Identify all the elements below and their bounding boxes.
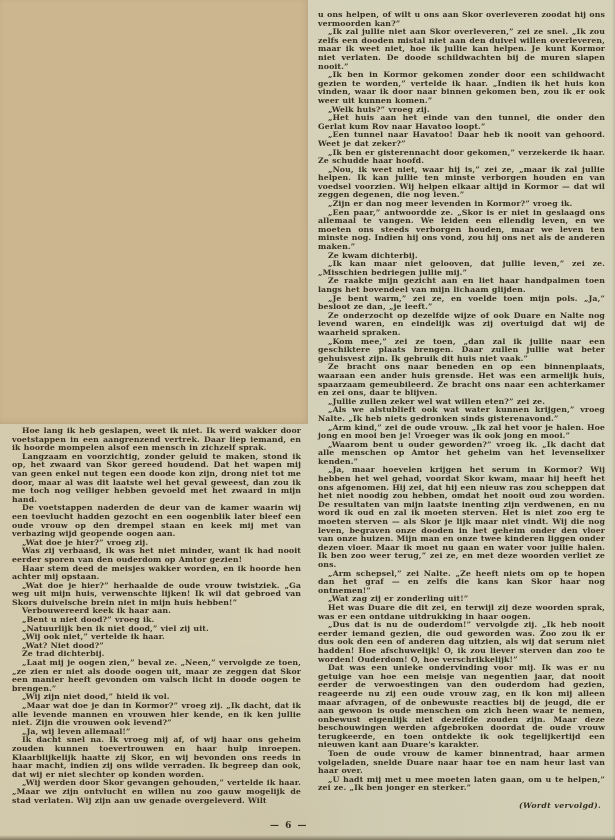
paragraph: u ons helpen, of wilt u ons aan Skor ove… (318, 11, 605, 28)
paragraph: Was zij verbaasd, ik was het niet minder… (12, 547, 301, 564)
paragraph: „Je bent warm,” zei ze, en voelde toen m… (318, 295, 605, 312)
paragraph: „Nou, ik weet niet, waar hij is,” zei ze… (318, 166, 605, 200)
paragraph: Ze bracht ons naar beneden en op een bin… (318, 363, 605, 397)
paragraph: Het was Duare die dit zei, en terwijl zi… (318, 604, 605, 621)
paragraph: Langzaam en voorzichtig, zonder geluid t… (12, 453, 301, 505)
paragraph: „Als we alstublieft ook wat water kunnen… (318, 406, 605, 423)
paragraph: Ik dacht snel na. Ik vroeg mij af, of wi… (12, 736, 301, 779)
paragraph: „Kom mee,” zei ze toen, „dan zal ik jull… (318, 338, 605, 364)
paragraph: „Arm kind,” zei de oude vrouw. „Ik zal h… (318, 424, 605, 441)
paragraph: Haar stem deed de meisjes wakker worden,… (12, 565, 301, 582)
paragraph: Hoe lang ik heb geslapen, weet ik niet. … (12, 427, 301, 453)
paragraph: „Wij werden door Skor gevangen gehouden,… (12, 779, 301, 805)
paragraph: Dat was een unieke ondervinding voor mij… (318, 664, 605, 750)
paragraph: „Arm schepsel,” zei Nalte. „Ze heeft nie… (318, 570, 605, 596)
continuation-note: (Wordt vervolgd). (318, 802, 605, 811)
paragraph: „Een tunnel naar Havatoo! Daar heb ik no… (318, 131, 605, 148)
paragraph: Ze raakte mijn gezicht aan en liet haar … (318, 277, 605, 294)
right-column-paragraphs: u ons helpen, of wilt u ons aan Skor ove… (318, 11, 605, 793)
paragraph: „U hadt mij met u mee moeten laten gaan,… (318, 776, 605, 793)
paragraph: „Dus dat is nu de ouderdom!” vervolgde z… (318, 621, 605, 664)
left-text-column: Hoe lang ik heb geslapen, weet ik niet. … (12, 427, 301, 805)
magazine-page: Hoe lang ik heb geslapen, weet ik niet. … (0, 0, 615, 840)
paragraph: „Het huis aan het einde van den tunnel, … (318, 114, 605, 131)
right-text-column: u ons helpen, of wilt u ons aan Skor ove… (318, 11, 605, 811)
paragraph: „Een paar,” antwoordde ze. „Skor is er n… (318, 209, 605, 252)
paragraph: Ze onderzocht op dezelfde wijze of ook D… (318, 312, 605, 338)
paragraph: „Ik ben in Kormor gekomen zonder door ee… (318, 71, 605, 105)
paragraph: „Ik zal jullie niet aan Skor overleveren… (318, 28, 605, 71)
page-number: — 6 — (0, 821, 578, 831)
paragraph: „Maar wat doe je dan in Kormor?” vroeg z… (12, 702, 301, 728)
paragraph: „Wat doe je hier?” herhaalde de oude vro… (12, 582, 301, 608)
paragraph: Toen de oude vrouw de kamer binnentrad, … (318, 750, 605, 776)
paragraph: De voetstappen naderden de deur van de k… (12, 504, 301, 538)
blank-paper-patch (0, 0, 308, 424)
paragraph: „Laat mij je oogen zien,” beval ze. „Nee… (12, 659, 301, 693)
paragraph: „Waarom bent u ouder geworden?” vroeg ik… (318, 441, 605, 467)
paragraph: „Ja, maar hoevelen krijgen het serum in … (318, 466, 605, 569)
paragraph: „Ik ben er gisterennacht door gekomen,” … (318, 149, 605, 166)
paragraph: „Ik kan maar niet gelooven, dat jullie l… (318, 260, 605, 277)
